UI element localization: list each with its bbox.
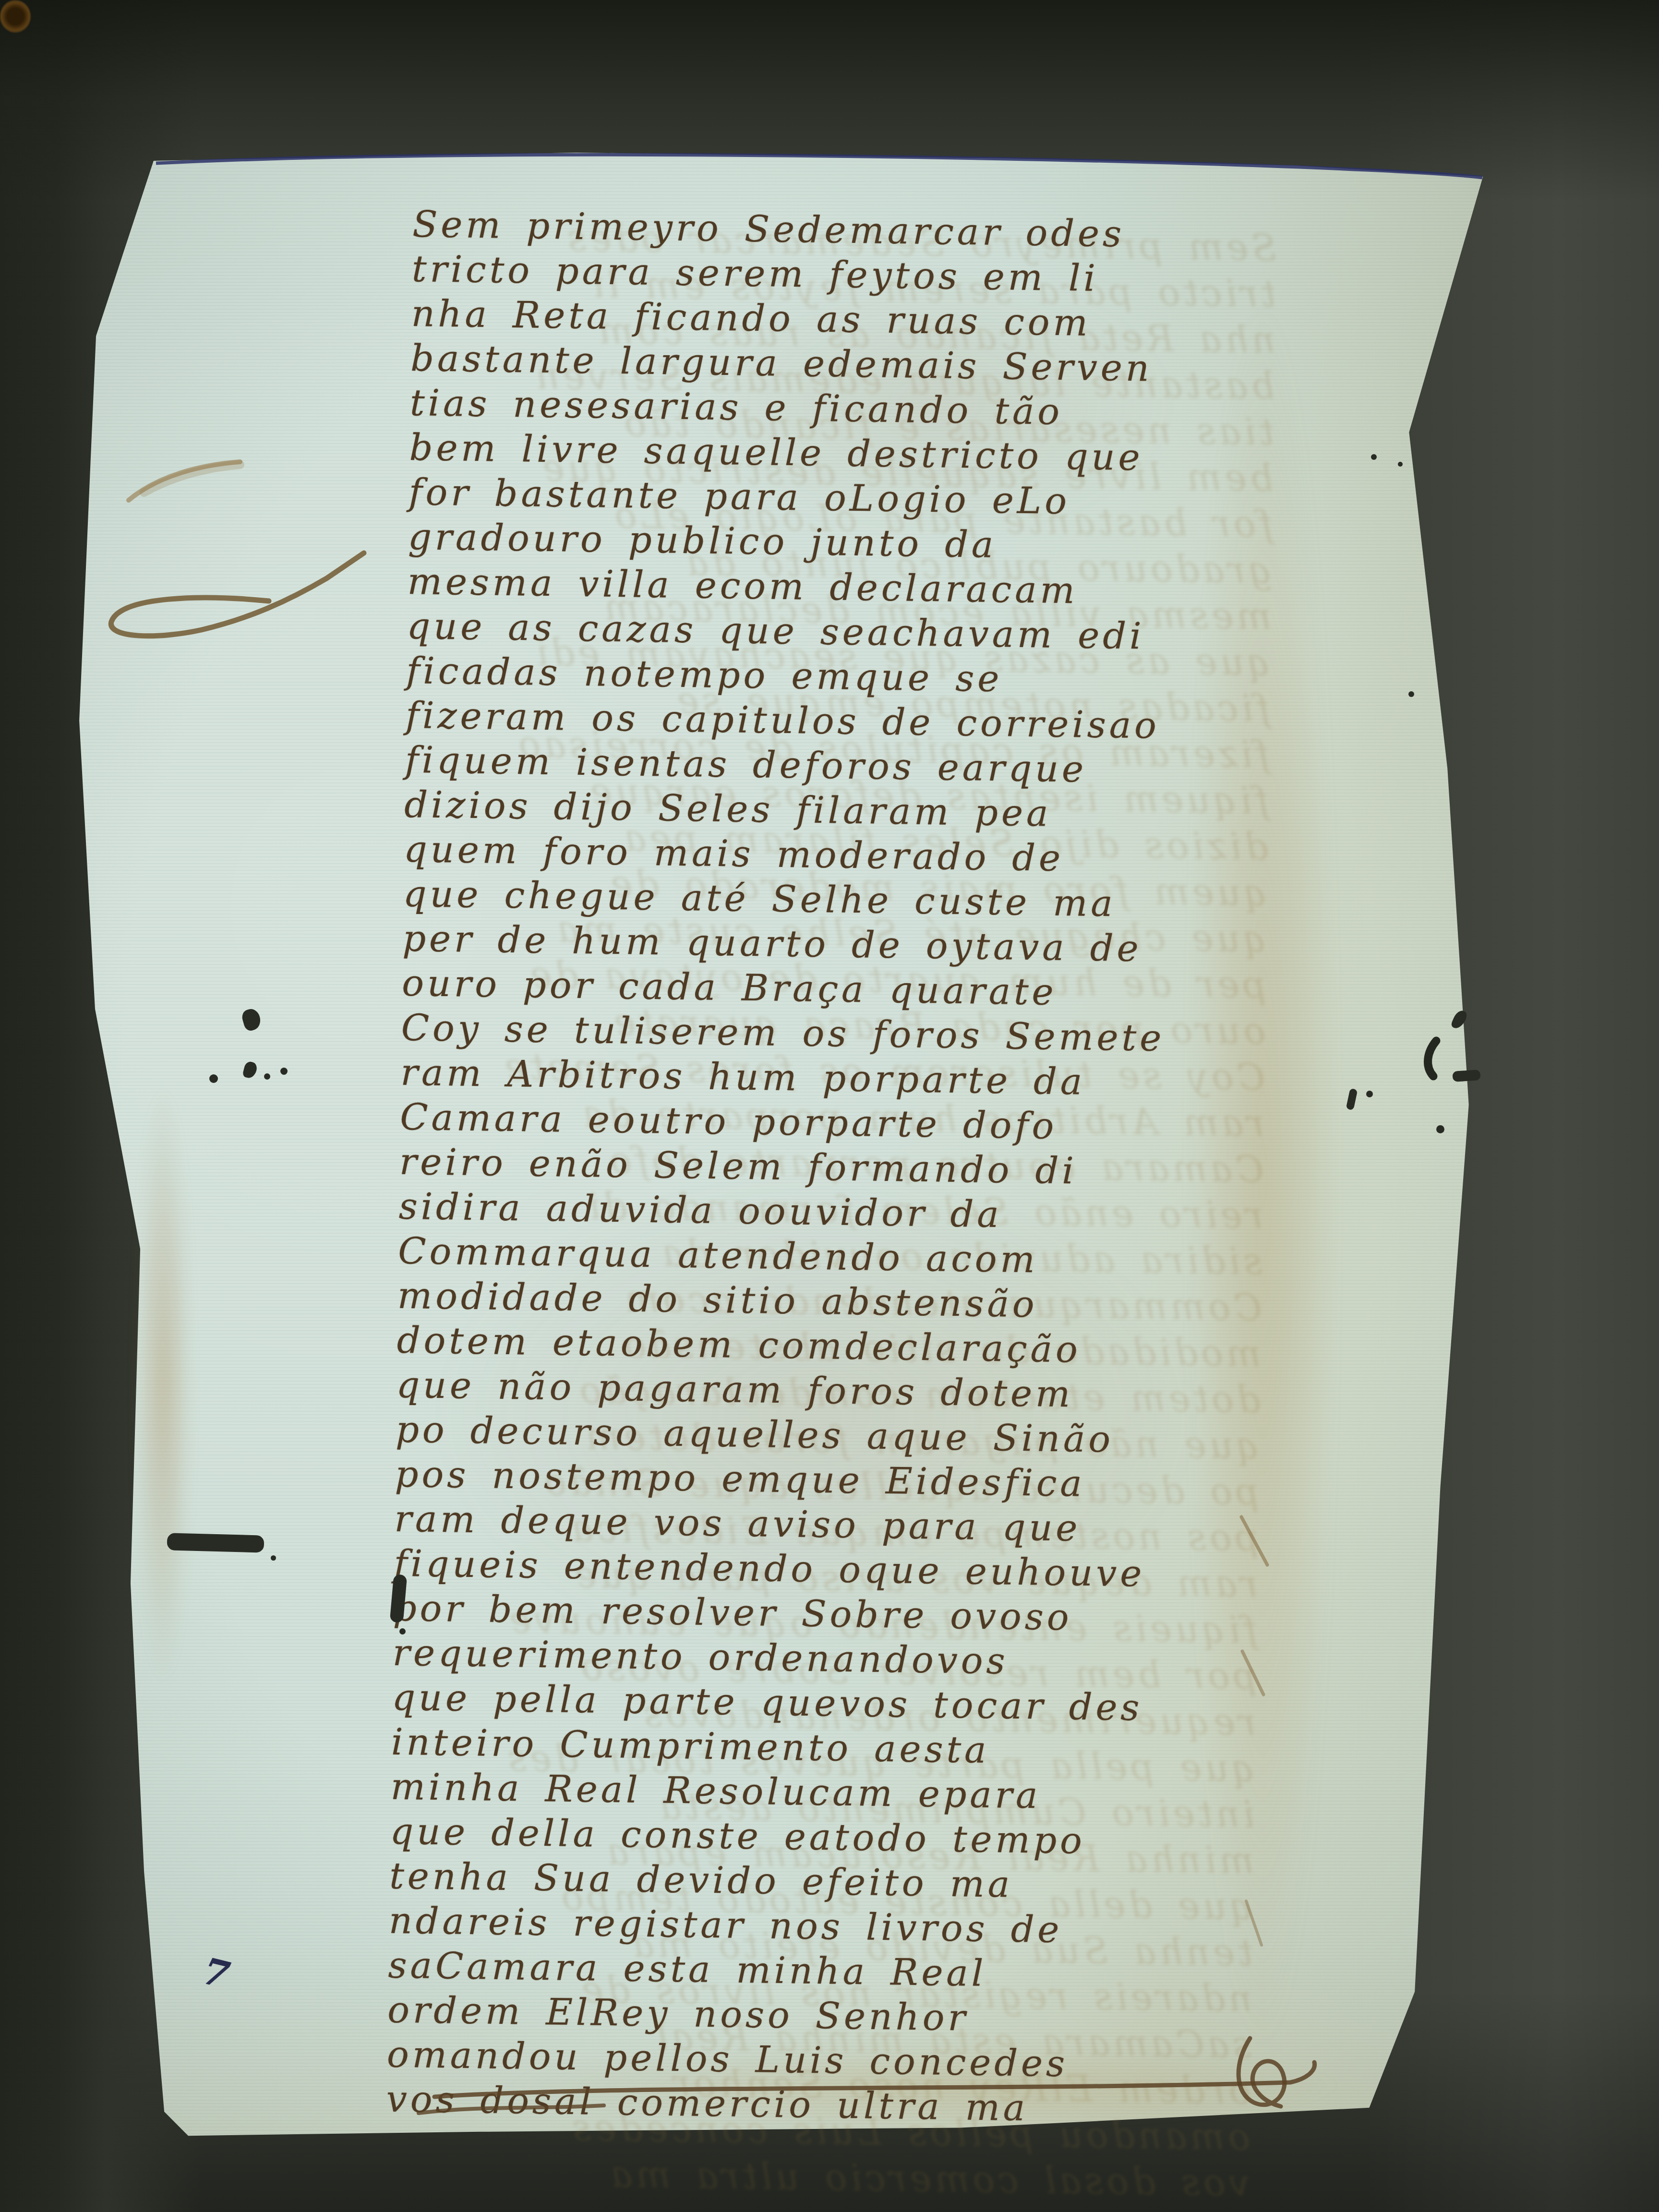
ink-dot [1366,1091,1373,1097]
ink-dot [209,1074,218,1083]
archive-photo: Sem primeyro Sedemarcar odestricto para … [0,0,1659,2212]
burn-spot [0,0,31,33]
ink-dot [1436,1125,1444,1133]
ink-dot [271,1555,276,1561]
ink-dot [399,1628,406,1635]
ink-dot [1398,462,1403,467]
underline-flourish-secondary [419,2105,604,2113]
faint-margin-stroke [1246,1901,1262,1945]
loop-flourish [111,553,364,636]
underline-flourish [434,2062,1315,2097]
crescent-swash-shadow [144,465,240,493]
ink-dot [1408,691,1414,697]
faint-margin-stroke [1242,1651,1263,1695]
ink-smear [1452,1070,1480,1082]
rubric-flourish [1238,2038,1285,2106]
faint-margin-stroke [1241,1517,1267,1565]
ink-dot [264,1073,270,1080]
margin-curve-blot [1428,1041,1436,1076]
ink-dot [280,1068,288,1075]
pen-strokes-overlay [0,0,1659,2212]
page-top-edge-line [156,155,1482,178]
ink-dot [1371,454,1377,460]
ink-smear [167,1533,264,1552]
